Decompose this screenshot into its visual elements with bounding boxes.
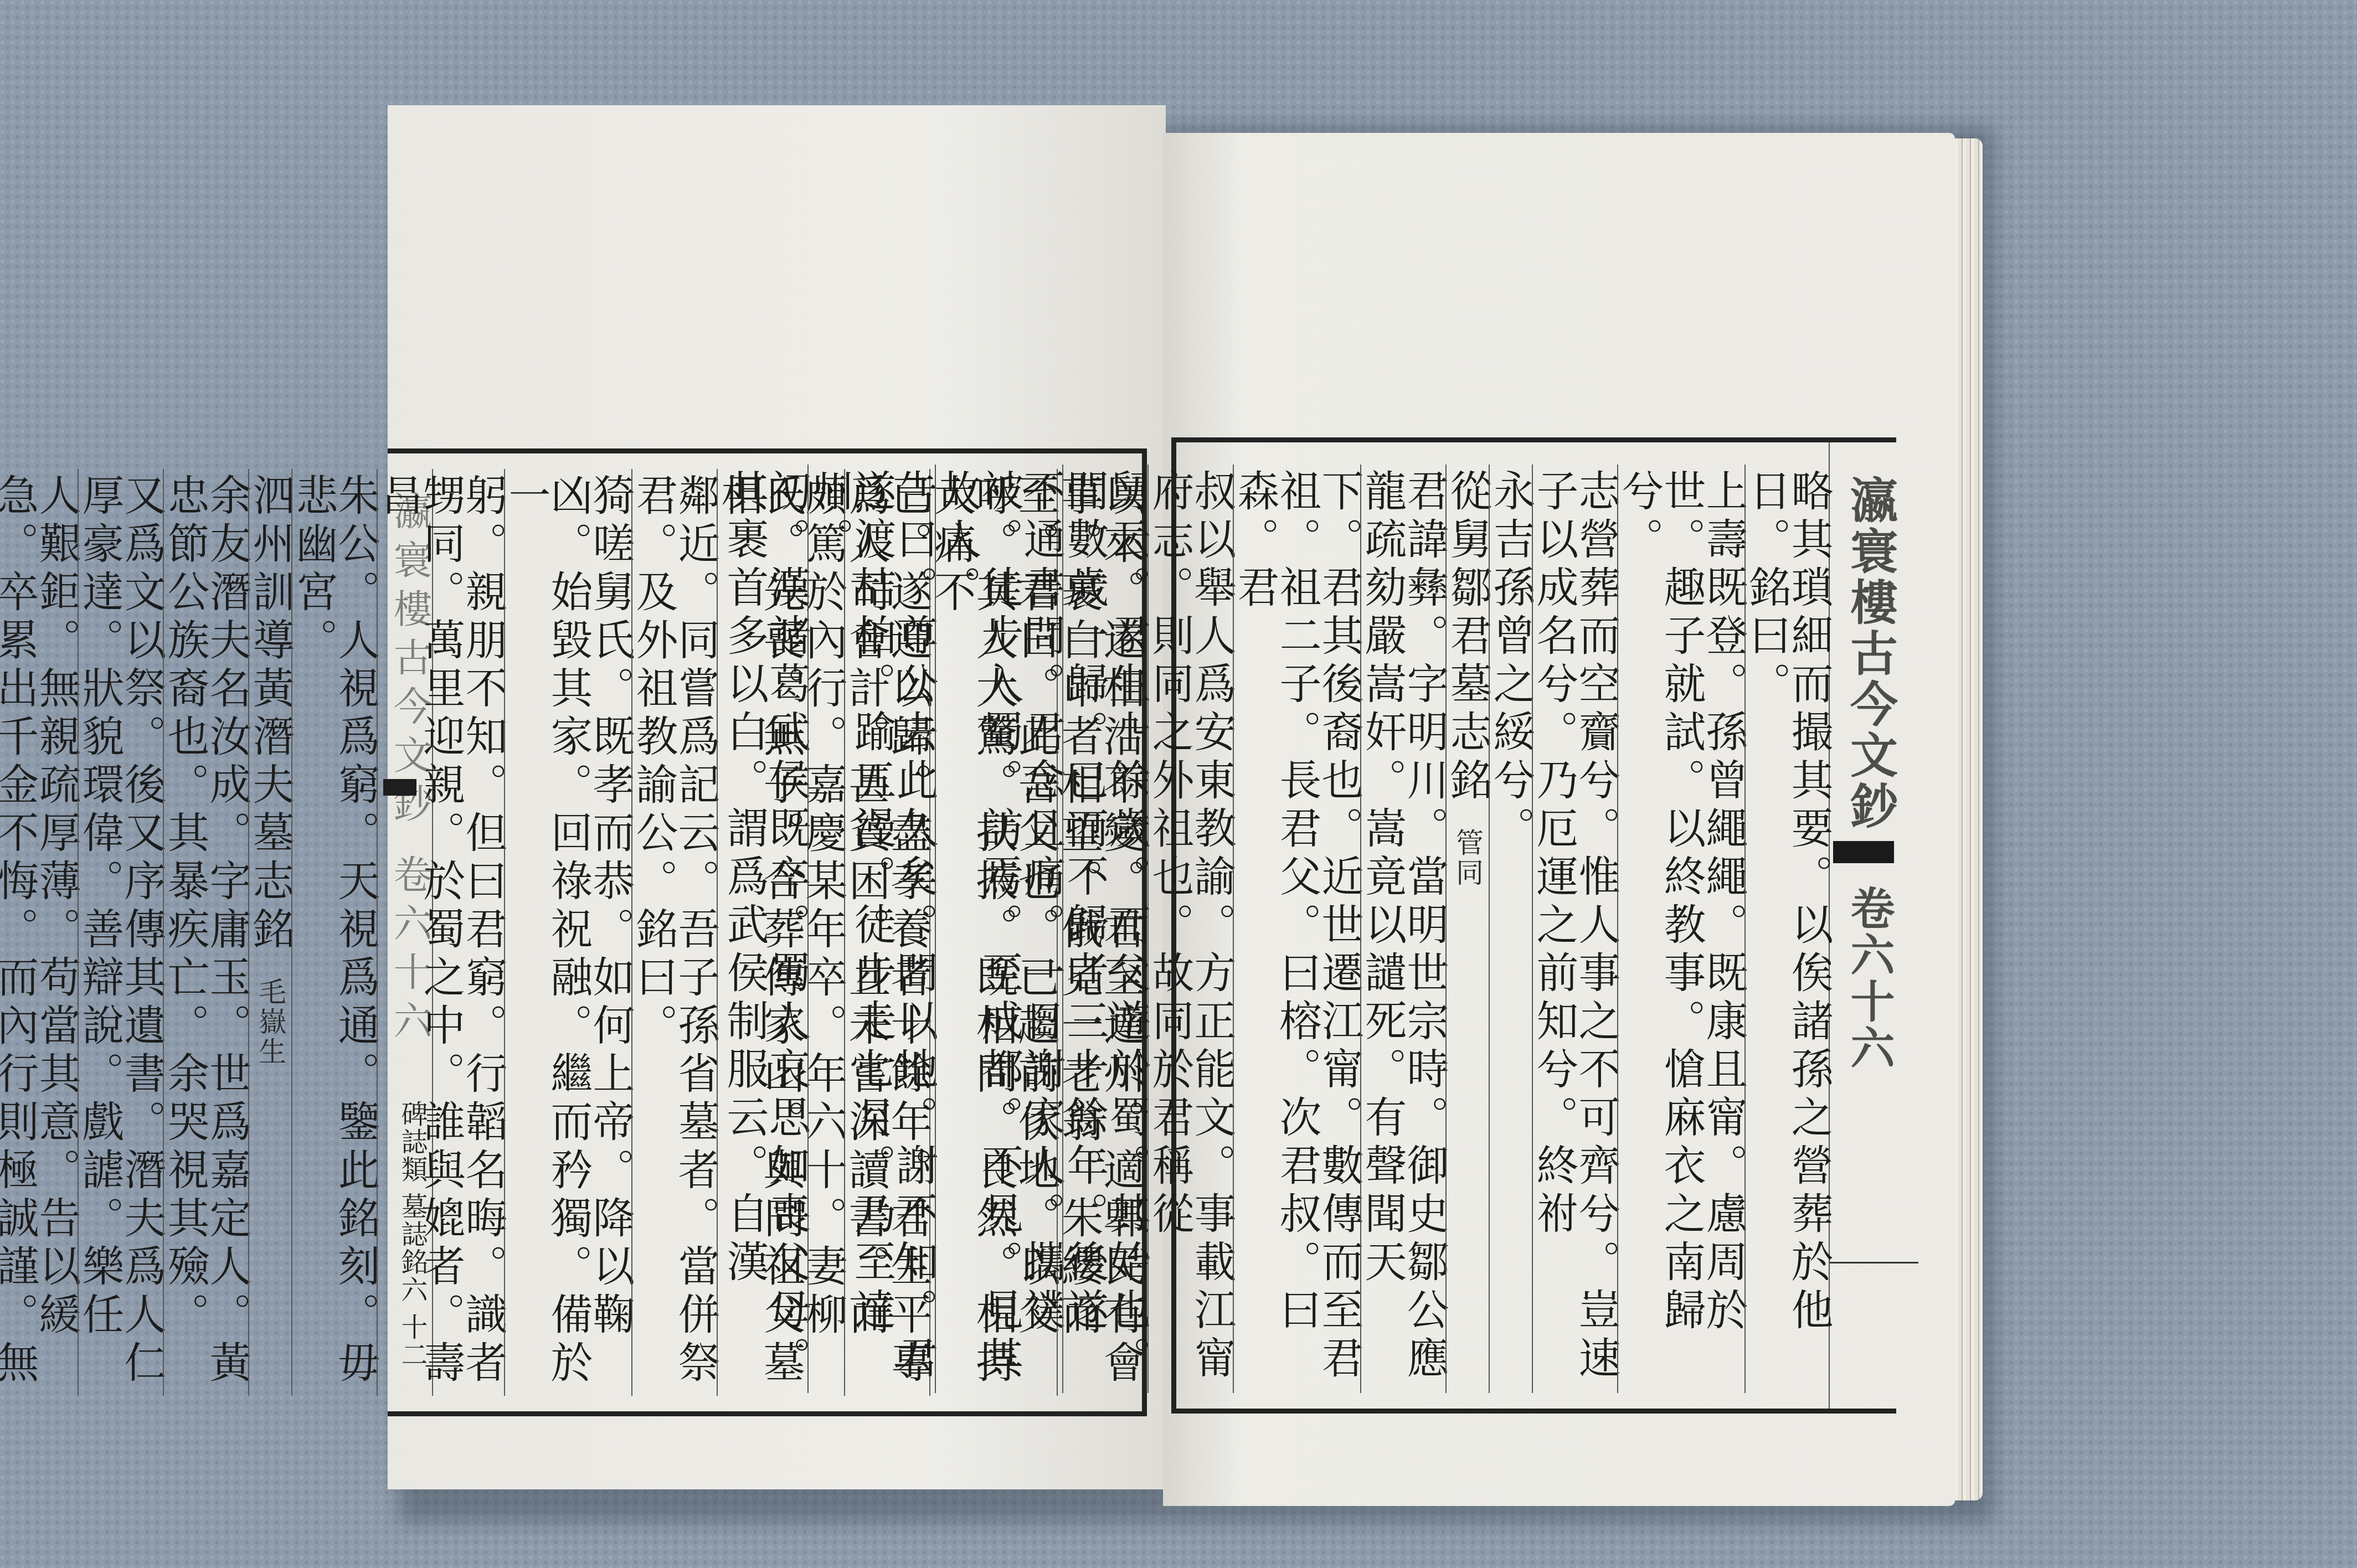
column-text: 初。漢諸葛武侯既卒。蜀人哀思如喪父母。其裹首多以白。謂爲武侯制服云。自漢 (723, 469, 807, 1393)
text-column: 猗嗟舅氏。既孝而恭。如何上帝。降以鞠凶。始毀其家。回祿祝融。繼而矜獨。備於一 (504, 469, 631, 1396)
column-text: 舅云。君生十餘歲。而父遊於蜀。其始也。間數歲一歸。已而不歸者三十餘年。後遂 (1063, 469, 1147, 1393)
text-column: 上壽既登。孫曾繩繩。既康且甯。慮周於世。趣子就試。以終教事。愴麻衣之南歸兮。 (1617, 465, 1744, 1393)
column-text: 志營葬而空齎兮。惟人事之不可齊兮。豈速子以成名兮。乃厄運之前知兮。終祔 (1533, 469, 1617, 1393)
text-column: 叔以舉人爲安東教諭。方正能文。事載江甯府志。則同之外祖也。故同於君稱從 (1147, 465, 1233, 1393)
margin-rule (1830, 1262, 1918, 1263)
epitaph-heading-column: 泗州訓導黃潛夫墓志銘毛嶽生 (248, 469, 291, 1396)
text-column: 躬。親朋不知。但曰君窮。行韜名晦。識者甥同。萬里迎親。於蜀之中。誰與媲者。壽昌 (377, 469, 504, 1396)
text-column: 又爲文以祭。後又序傳其遺書。潛夫爲人仁厚豪達。狀貌環偉。善辯說。戲謔。樂任 (78, 469, 163, 1396)
text-column: 君諱彝。字明川。當明世宗時。御史鄒公應龍疏劾嚴嵩奸。嵩竟以譴死。有聲聞天 (1360, 465, 1445, 1393)
column-text: 躬。親朋不知。但曰君窮。行韜名晦。識者甥同。萬里迎親。於蜀之中。誰與媲者。壽昌 (378, 473, 504, 1396)
fish-tail-mark (1833, 841, 1894, 863)
column-text: 告曰。尊公去此久矣。問以地。謝不知。君遂渡桔柏。踰五漫。徒步走七月。乃至達州。 (809, 469, 935, 1393)
column-text: 下。君其後裔也。近世遷江甯。數傳而至君祖。祖二子。長君父。曰榕。次君叔。曰森。君 (1234, 469, 1360, 1393)
text-column: 下。君其後裔也。近世遷江甯。數傳而至君祖。祖二子。長君父。曰榕。次君叔。曰森。君 (1233, 465, 1360, 1393)
column-text: 不通書問。君念且痛。一日謝家人。攜襆被。徒步入蜀。訪焉。至成都。不見。見其故人。 (936, 469, 1062, 1393)
text-column: 告曰。尊公去此久矣。問以地。謝不知。君遂渡桔柏。踰五漫。徒步走七月。乃至達州。 (807, 465, 935, 1393)
column-text: 叔以舉人爲安東教諭。方正能文。事載江甯府志。則同之外祖也。故同於君稱從 (1149, 469, 1233, 1393)
column-text: 又爲文以祭。後又序傳其遺書。潛夫爲人仁厚豪達。狀貌環偉。善辯說。戲謔。樂任 (79, 473, 163, 1396)
text-column: 永吉孫曾之綏兮。 (1489, 465, 1532, 1393)
epitaph-title: 泗州訓導黃潛夫墓志銘 (249, 473, 291, 955)
text-column: 余友潛夫名汝成。字庸玉。世爲嘉定人。黃忠節公族裔也。其暴疾亡。余哭視其殮。 (163, 469, 248, 1396)
text-column: 朱公。人視爲窮。天視爲通。鑒此銘刻。毋悲幽宮。 (291, 469, 377, 1396)
column-text: 上壽既登。孫曾繩繩。既康且甯。慮周於世。趣子就試。以終教事。愴麻衣之南歸兮。 (1618, 469, 1744, 1393)
epitaph-title: 從舅鄒君墓志銘 (1447, 469, 1489, 806)
text-column: 略其瑣細而撮其要。以俟諸孫之營葬於他日。銘曰。 (1744, 465, 1830, 1393)
right-page-margin-column: 瀛寰樓古今文鈔 卷六十六 (1829, 442, 1896, 1409)
right-page-columns: 略其瑣細而撮其要。以俟諸孫之營葬於他日。銘曰。 上壽既登。孫曾繩繩。既康且甯。慮… (1187, 465, 1830, 1393)
author-name: 毛嶽生 (256, 977, 284, 1067)
column-text: 君諱彝。字明川。當明世宗時。御史鄒公應龍疏劾嚴嵩奸。嵩竟以譴死。有聲聞天 (1361, 469, 1445, 1393)
epitaph-heading-column: 從舅鄒君墓志銘管同 (1445, 465, 1489, 1393)
column-text: 朱公。人視爲窮。天視爲通。鑒此銘刻。毋悲幽宮。 (292, 473, 377, 1396)
column-text: 永吉孫曾之綏兮。 (1490, 469, 1532, 854)
column-text: 余友潛夫名汝成。字庸玉。世爲嘉定人。黃忠節公族裔也。其暴疾亡。余哭視其殮。 (164, 473, 248, 1396)
text-column: 志營葬而空齎兮。惟人事之不可齊兮。豈速子以成名兮。乃厄運之前知兮。終祔 (1532, 465, 1617, 1393)
text-column: 初。漢諸葛武侯既卒。蜀人哀思如喪父母。其裹首多以白。謂爲武侯制服云。自漢 (723, 465, 807, 1393)
column-text: 略其瑣細而撮其要。以俟諸孫之營葬於他日。銘曰。 (1746, 469, 1830, 1393)
text-column: 鄰近。同嘗爲記云。吾子孫省墓者。當併祭君。及外祖教諭公。銘曰。 (631, 469, 717, 1396)
text-column: 不通書問。君念且痛。一日謝家人。攜襆被。徒步入蜀。訪焉。至成都。不見。見其故人。 (935, 465, 1062, 1393)
right-page-text-frame: 瀛寰樓古今文鈔 卷六十六 略其瑣細而撮其要。以俟諸孫之營葬於他日。銘曰。 上壽既… (1171, 437, 1896, 1414)
column-text: 猗嗟舅氏。既孝而恭。如何上帝。降以鞠凶。始毀其家。回祿祝融。繼而矜獨。備於一 (505, 473, 631, 1396)
text-column: 人艱鉅。無親疏厚薄。苟當其意。告以緩急。卒累出千金不悔。而內行則極誠謹。無 (0, 469, 78, 1396)
author-name: 管同 (1454, 828, 1481, 888)
column-text: 人艱鉅。無親疏厚薄。苟當其意。告以緩急。卒累出千金不悔。而內行則極誠謹。無 (0, 473, 78, 1396)
column-text: 鄰近。同嘗爲記云。吾子孫省墓者。當併祭君。及外祖教諭公。銘曰。 (632, 473, 717, 1396)
text-column: 舅云。君生十餘歲。而父遊於蜀。其始也。間數歲一歸。已而不歸者三十餘年。後遂 (1062, 465, 1147, 1393)
volume-label: 卷六十六 (1838, 885, 1901, 1071)
book-title-margin: 瀛寰樓古今文鈔 (1835, 476, 1904, 832)
